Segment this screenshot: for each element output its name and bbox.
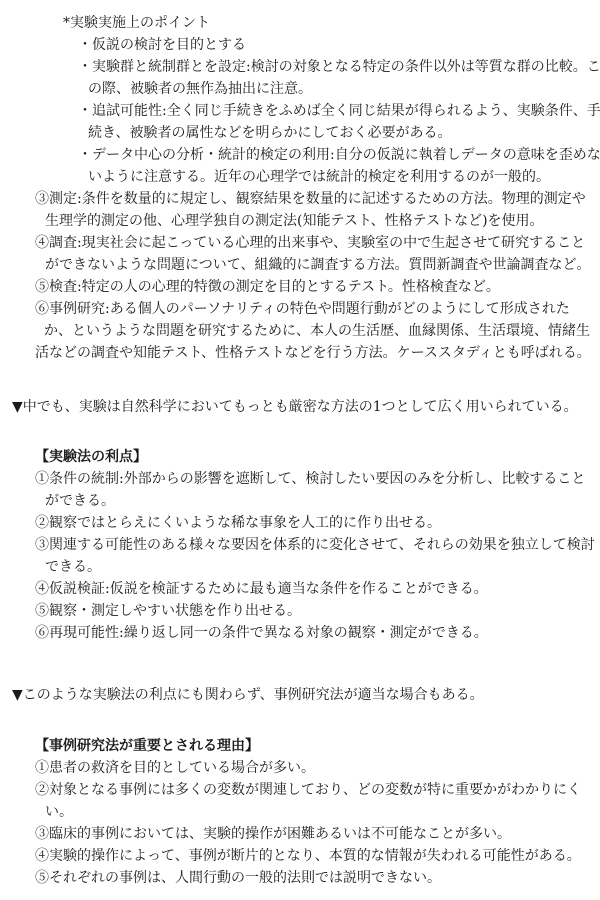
doc-line: ④調査:現実社会に起こっている心理的出来事や、実験室の中で生起させて研究すること (0, 232, 600, 254)
note-case-study: ▼このような実験法の利点にも関わらず、事例研究法が適当な場合もある。 (0, 684, 600, 706)
note-experiment: ▼中でも、実験は自然科学においてもっとも厳密な方法の1つとして広く用いられている… (0, 396, 600, 418)
doc-line: ・仮説の検討を目的とする (0, 34, 600, 56)
doc-line: ・データ中心の分析・統計的検定の利用:自分の仮説に執着しデータの意味を歪めな (0, 144, 600, 166)
doc-line: ができないような問題について、組織的に調査する方法。質問新調査や世論調査など。 (0, 254, 600, 276)
doc-line: ④実験的操作によって、事例が断片的となり、本質的な情報が失われる可能性がある。 (0, 845, 600, 867)
section-heading-line: *実験実施上のポイント (0, 12, 600, 34)
doc-line: ①患者の救済を目的としている場合が多い。 (0, 757, 600, 779)
reasons-section-title: 【事例研究法が重要とされる理由】 (0, 735, 600, 757)
doc-line: ができる。 (0, 490, 600, 512)
doc-line: ⑤観察・測定しやすい状態を作り出せる。 (0, 600, 600, 622)
doc-line: ②観察ではとらえにくいような稀な事象を人工的に作り出せる。 (0, 512, 600, 534)
doc-line: ③関連する可能性のある様々な要因を体系的に変化させて、それらの効果を独立して検討 (0, 534, 600, 556)
note-line: ▼このような実験法の利点にも関わらず、事例研究法が適当な場合もある。 (0, 684, 600, 706)
doc-line: ・追試可能性:全く同じ手続きをふめば全く同じ結果が得られるよう、実験条件、手 (0, 100, 600, 122)
doc-line: ⑥再現可能性:繰り返し同一の条件で異なる対象の観察・測定ができる。 (0, 622, 600, 644)
doc-line: の際、被験者の無作為抽出に注意。 (0, 78, 600, 100)
doc-line: ②対象となる事例には多くの変数が関連しており、どの変数が特に重要かがわかりにく (0, 779, 600, 801)
doc-line: できる。 (0, 556, 600, 578)
doc-line: ③臨床的事例においては、実験的操作が困難あるいは不可能なことが多い。 (0, 823, 600, 845)
doc-line: か、というような問題を研究するために、本人の生活歴、血縁関係、生活環境、情緒生 (0, 320, 600, 342)
experiment-merits-section: 【実験法の利点】 ①条件の統制:外部からの影響を遮断して、検討したい要因のみを分… (0, 446, 600, 644)
doc-line: 続き、被験者の属性などを明らかにしておく必要がある。 (0, 122, 600, 144)
document-page: *実験実施上のポイント ・仮説の検討を目的とする ・実験群と統制群とを設定:検討… (0, 0, 600, 900)
doc-line: ⑤それぞれの事例は、人間行動の一般的法則では説明できない。 (0, 867, 600, 889)
doc-line: ④仮説検証:仮説を検証するために最も適当な条件を作ることができる。 (0, 578, 600, 600)
doc-line: ・実験群と統制群とを設定:検討の対象となる特定の条件以外は等質な群の比較。こ (0, 56, 600, 78)
doc-line: 生理学的測定の他、心理学独自の測定法(知能テスト、性格テストなど)を使用。 (0, 210, 600, 232)
merits-section-title: 【実験法の利点】 (0, 446, 600, 468)
doc-line: ③測定:条件を数量的に規定し、観察結果を数量的に記述するための方法。物理的測定や (0, 188, 600, 210)
doc-line: いように注意する。近年の心理学では統計的検定を利用するのが一般的。 (0, 166, 600, 188)
doc-line: 活などの調査や知能テスト、性格テストなどを行う方法。ケーススタディとも呼ばれる。 (0, 342, 600, 364)
case-study-reasons-section: 【事例研究法が重要とされる理由】 ①患者の救済を目的としている場合が多い。 ②対… (0, 735, 600, 889)
doc-line: ⑤検査:特定の人の心理的特徴の測定を目的とするテスト。性格検査など。 (0, 276, 600, 298)
doc-line: ①条件の統制:外部からの影響を遮断して、検討したい要因のみを分析し、比較すること (0, 468, 600, 490)
doc-line: ⑥事例研究:ある個人のパーソナリティの特色や問題行動がどのようにして形成された (0, 298, 600, 320)
implementation-points-section: *実験実施上のポイント ・仮説の検討を目的とする ・実験群と統制群とを設定:検討… (0, 12, 600, 364)
doc-line: い。 (0, 801, 600, 823)
note-line: ▼中でも、実験は自然科学においてもっとも厳密な方法の1つとして広く用いられている… (0, 396, 600, 418)
